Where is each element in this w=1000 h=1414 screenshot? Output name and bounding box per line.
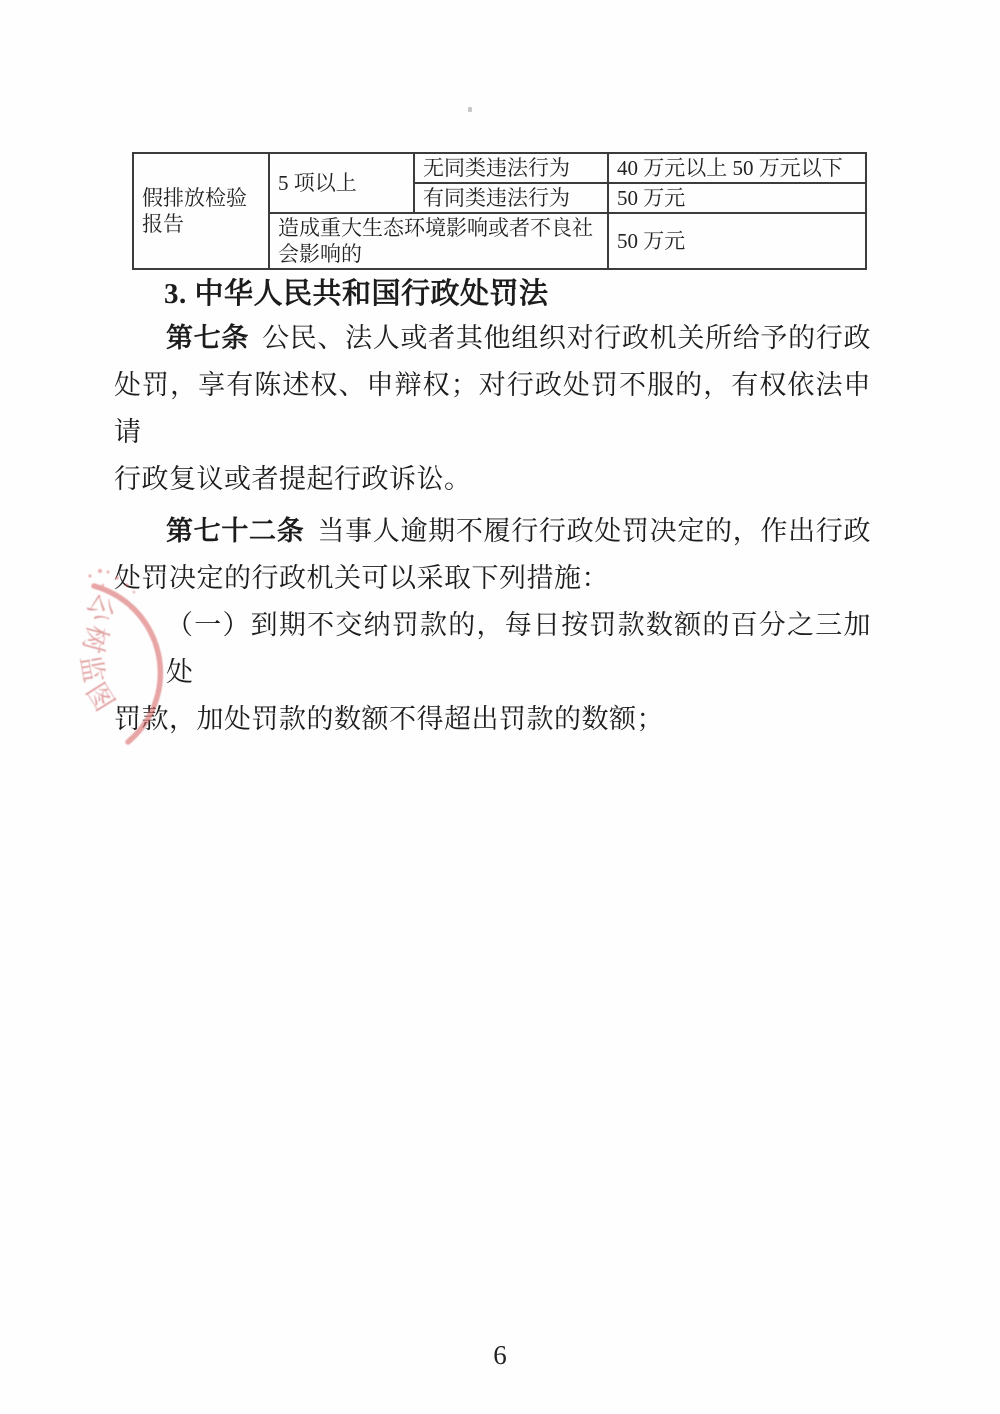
document-page: 假排放检验报告 5 项以上 无同类违法行为 40 万元以上 50 万元以下 有同… [0,0,1000,1414]
document-body: 3. 中华人民共和国行政处罚法 第七条公民、法人或者其他组织对行政机关所给予的行… [114,273,871,743]
article-number: 第七条 [166,323,249,353]
table-cell-violation-item: 假排放检验报告 [133,153,269,269]
paragraph-item-one: （一）到期不交纳罚款的，每日按罚款数额的百分之三加处 罚款，加处罚款的数额不得超… [114,602,871,743]
paragraph-line: 第七条公民、法人或者其他组织对行政机关所给予的行政 [114,315,871,362]
table-cell-major-impact: 造成重大生态环境影响或者不良社会影响的 [269,213,608,269]
paragraph-line: 处罚决定的行政机关可以采取下列措施： [114,555,871,602]
line-text: 当事人逾期不履行行政处罚决定的，作出行政 [317,516,871,546]
section-heading: 3. 中华人民共和国行政处罚法 [114,273,871,315]
seal-glyph: 树 [77,622,113,656]
table-cell-same-violation: 有同类违法行为 [414,183,608,213]
table-cell-count-condition: 5 项以上 [269,153,414,213]
paragraph-line: 第七十二条当事人逾期不履行行政处罚决定的，作出行政 [114,508,871,555]
line-text: 公民、法人或者其他组织对行政机关所给予的行政 [262,323,871,353]
line-text: 行政复议或者提起行政诉讼。 [114,464,472,494]
seal-speckles [88,569,135,593]
article-number: 第七十二条 [166,516,304,546]
seal-glyphs: 公 树 监 图 [75,588,121,716]
table-cell-same-penalty: 50 万元 [608,183,866,213]
paragraph-line: 行政复议或者提起行政诉讼。 [114,456,871,503]
page-number: 6 [0,1340,1000,1371]
table-cell-major-impact-penalty: 50 万元 [608,213,866,269]
line-text: （一）到期不交纳罚款的，每日按罚款数额的百分之三加处 [166,610,871,687]
line-text: 处罚，享有陈述权、申辩权；对行政处罚不服的，有权依法申请 [114,370,871,447]
paragraph-line: 罚款，加处罚款的数额不得超出罚款的数额； [114,696,871,743]
table-cell-no-same-violation: 无同类违法行为 [414,153,608,183]
paragraph-article-7: 第七条公民、法人或者其他组织对行政机关所给予的行政 处罚，享有陈述权、申辩权；对… [114,315,871,503]
paragraph-line: （一）到期不交纳罚款的，每日按罚款数额的百分之三加处 [114,602,871,696]
paragraph-article-72: 第七十二条当事人逾期不履行行政处罚决定的，作出行政 处罚决定的行政机关可以采取下… [114,508,871,602]
red-seal-stamp: 公 树 监 图 [30,550,200,760]
table-cell-no-same-penalty: 40 万元以上 50 万元以下 [608,153,866,183]
paragraph-line: 处罚，享有陈述权、申辩权；对行政处罚不服的，有权依法申请 [114,362,871,456]
scan-speck [468,107,472,112]
penalty-table: 假排放检验报告 5 项以上 无同类违法行为 40 万元以上 50 万元以下 有同… [132,152,867,270]
